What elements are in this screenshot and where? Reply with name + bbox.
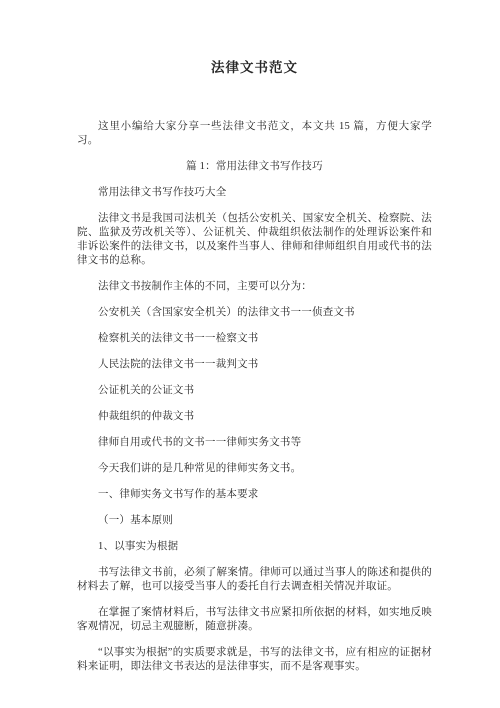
paragraph: 书写法律文书前，必须了解案情。律师可以通过当事人的陈述和提供的材料去了解，也可以… — [77, 566, 432, 594]
paragraph: 法律文书是我国司法机关（包括公安机关、国家安全机关、检察院、法院、监狱及劳改机关… — [77, 212, 432, 268]
document-page: 法律文书范文 这里小编给大家分享一些法律文书范文，本文共 15 篇，方便大家学习… — [0, 0, 500, 708]
paragraph: （一）基本原则 — [77, 514, 432, 528]
paragraph: 公证机关的公证文书 — [77, 384, 432, 398]
paragraph: 律师自用或代书的文书一一律师实务文书等 — [77, 436, 432, 450]
paragraph: 人民法院的法律文书一一裁判文书 — [77, 358, 432, 372]
paragraph: 一、律师实务文书写作的基本要求 — [77, 488, 432, 502]
paragraph: 常用法律文书写作技巧大全 — [77, 186, 432, 200]
paragraph: 检察机关的法律文书一一检察文书 — [77, 332, 432, 346]
paragraph: 在掌握了案情材料后，书写法律文书应紧扣所依据的材料，如实地反映客观情况，切忌主观… — [77, 606, 432, 634]
document-body: 这里小编给大家分享一些法律文书范文，本文共 15 篇，方便大家学习。篇 1：常用… — [77, 120, 432, 674]
paragraph: 今天我们讲的是几种常见的律师实务文书。 — [77, 462, 432, 476]
paragraph: 公安机关（含国家安全机关）的法律文书一一侦查文书 — [77, 306, 432, 320]
paragraph: 仲裁组织的仲裁文书 — [77, 410, 432, 424]
paragraph: “以事实为根据”的实质要求就是，书写的法律文书，应有相应的证据材料来证明，即法律… — [77, 646, 432, 674]
document-title: 法律文书范文 — [77, 57, 432, 79]
paragraph: 这里小编给大家分享一些法律文书范文，本文共 15 篇，方便大家学习。 — [77, 120, 432, 148]
paragraph: 篇 1：常用法律文书写作技巧 — [77, 160, 432, 174]
paragraph: 1、以事实为根据 — [77, 540, 432, 554]
paragraph: 法律文书按制作主体的不同，主要可以分为： — [77, 280, 432, 294]
